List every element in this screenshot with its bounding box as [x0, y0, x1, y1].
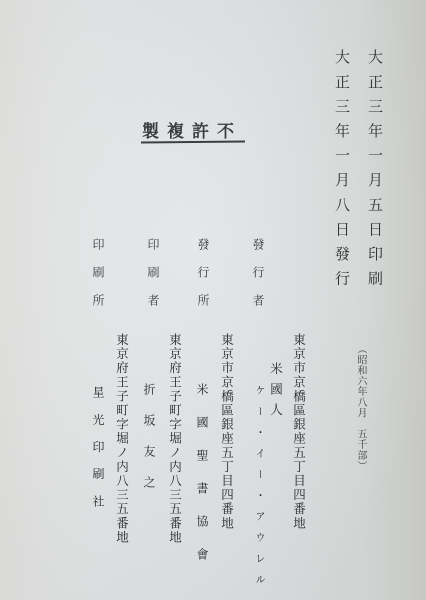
- publish-date: 大正三年一月八日發行: [334, 49, 349, 295]
- publisher-house-name: 米國聖書協會: [196, 383, 208, 581]
- edition-note: （昭和六年八月 五千部）: [355, 344, 365, 471]
- publisher-person-address: 東京市京橋區銀座五丁目四番地: [292, 333, 305, 530]
- printer-person-address: 東京府王子町字堀ノ内八三五番地: [168, 333, 181, 545]
- printer-house-name: 星 光 印 刷 社: [92, 386, 104, 508]
- publisher-person-name: ケー・イー・アウレル: [253, 385, 263, 595]
- header-underline: [141, 140, 245, 143]
- publisher-nationality: 米國人: [269, 362, 282, 424]
- no-reproduction-header: 製複許不: [142, 117, 242, 142]
- label-publisher-person: 發行者: [252, 238, 264, 322]
- printer-house-address: 東京府王子町字堀ノ内八三五番地: [115, 333, 128, 545]
- label-printer-person: 印刷者: [147, 238, 159, 322]
- print-date: 大正三年一月五日印刷: [367, 49, 382, 295]
- paper-texture: [0, 0, 426, 600]
- label-printer-house: 印刷所: [92, 238, 104, 322]
- printer-person-name: 折 坂 友 之: [143, 383, 155, 492]
- label-publisher-house: 發行所: [197, 238, 209, 322]
- publisher-house-address: 東京市京橋區銀座五丁目四番地: [220, 333, 233, 530]
